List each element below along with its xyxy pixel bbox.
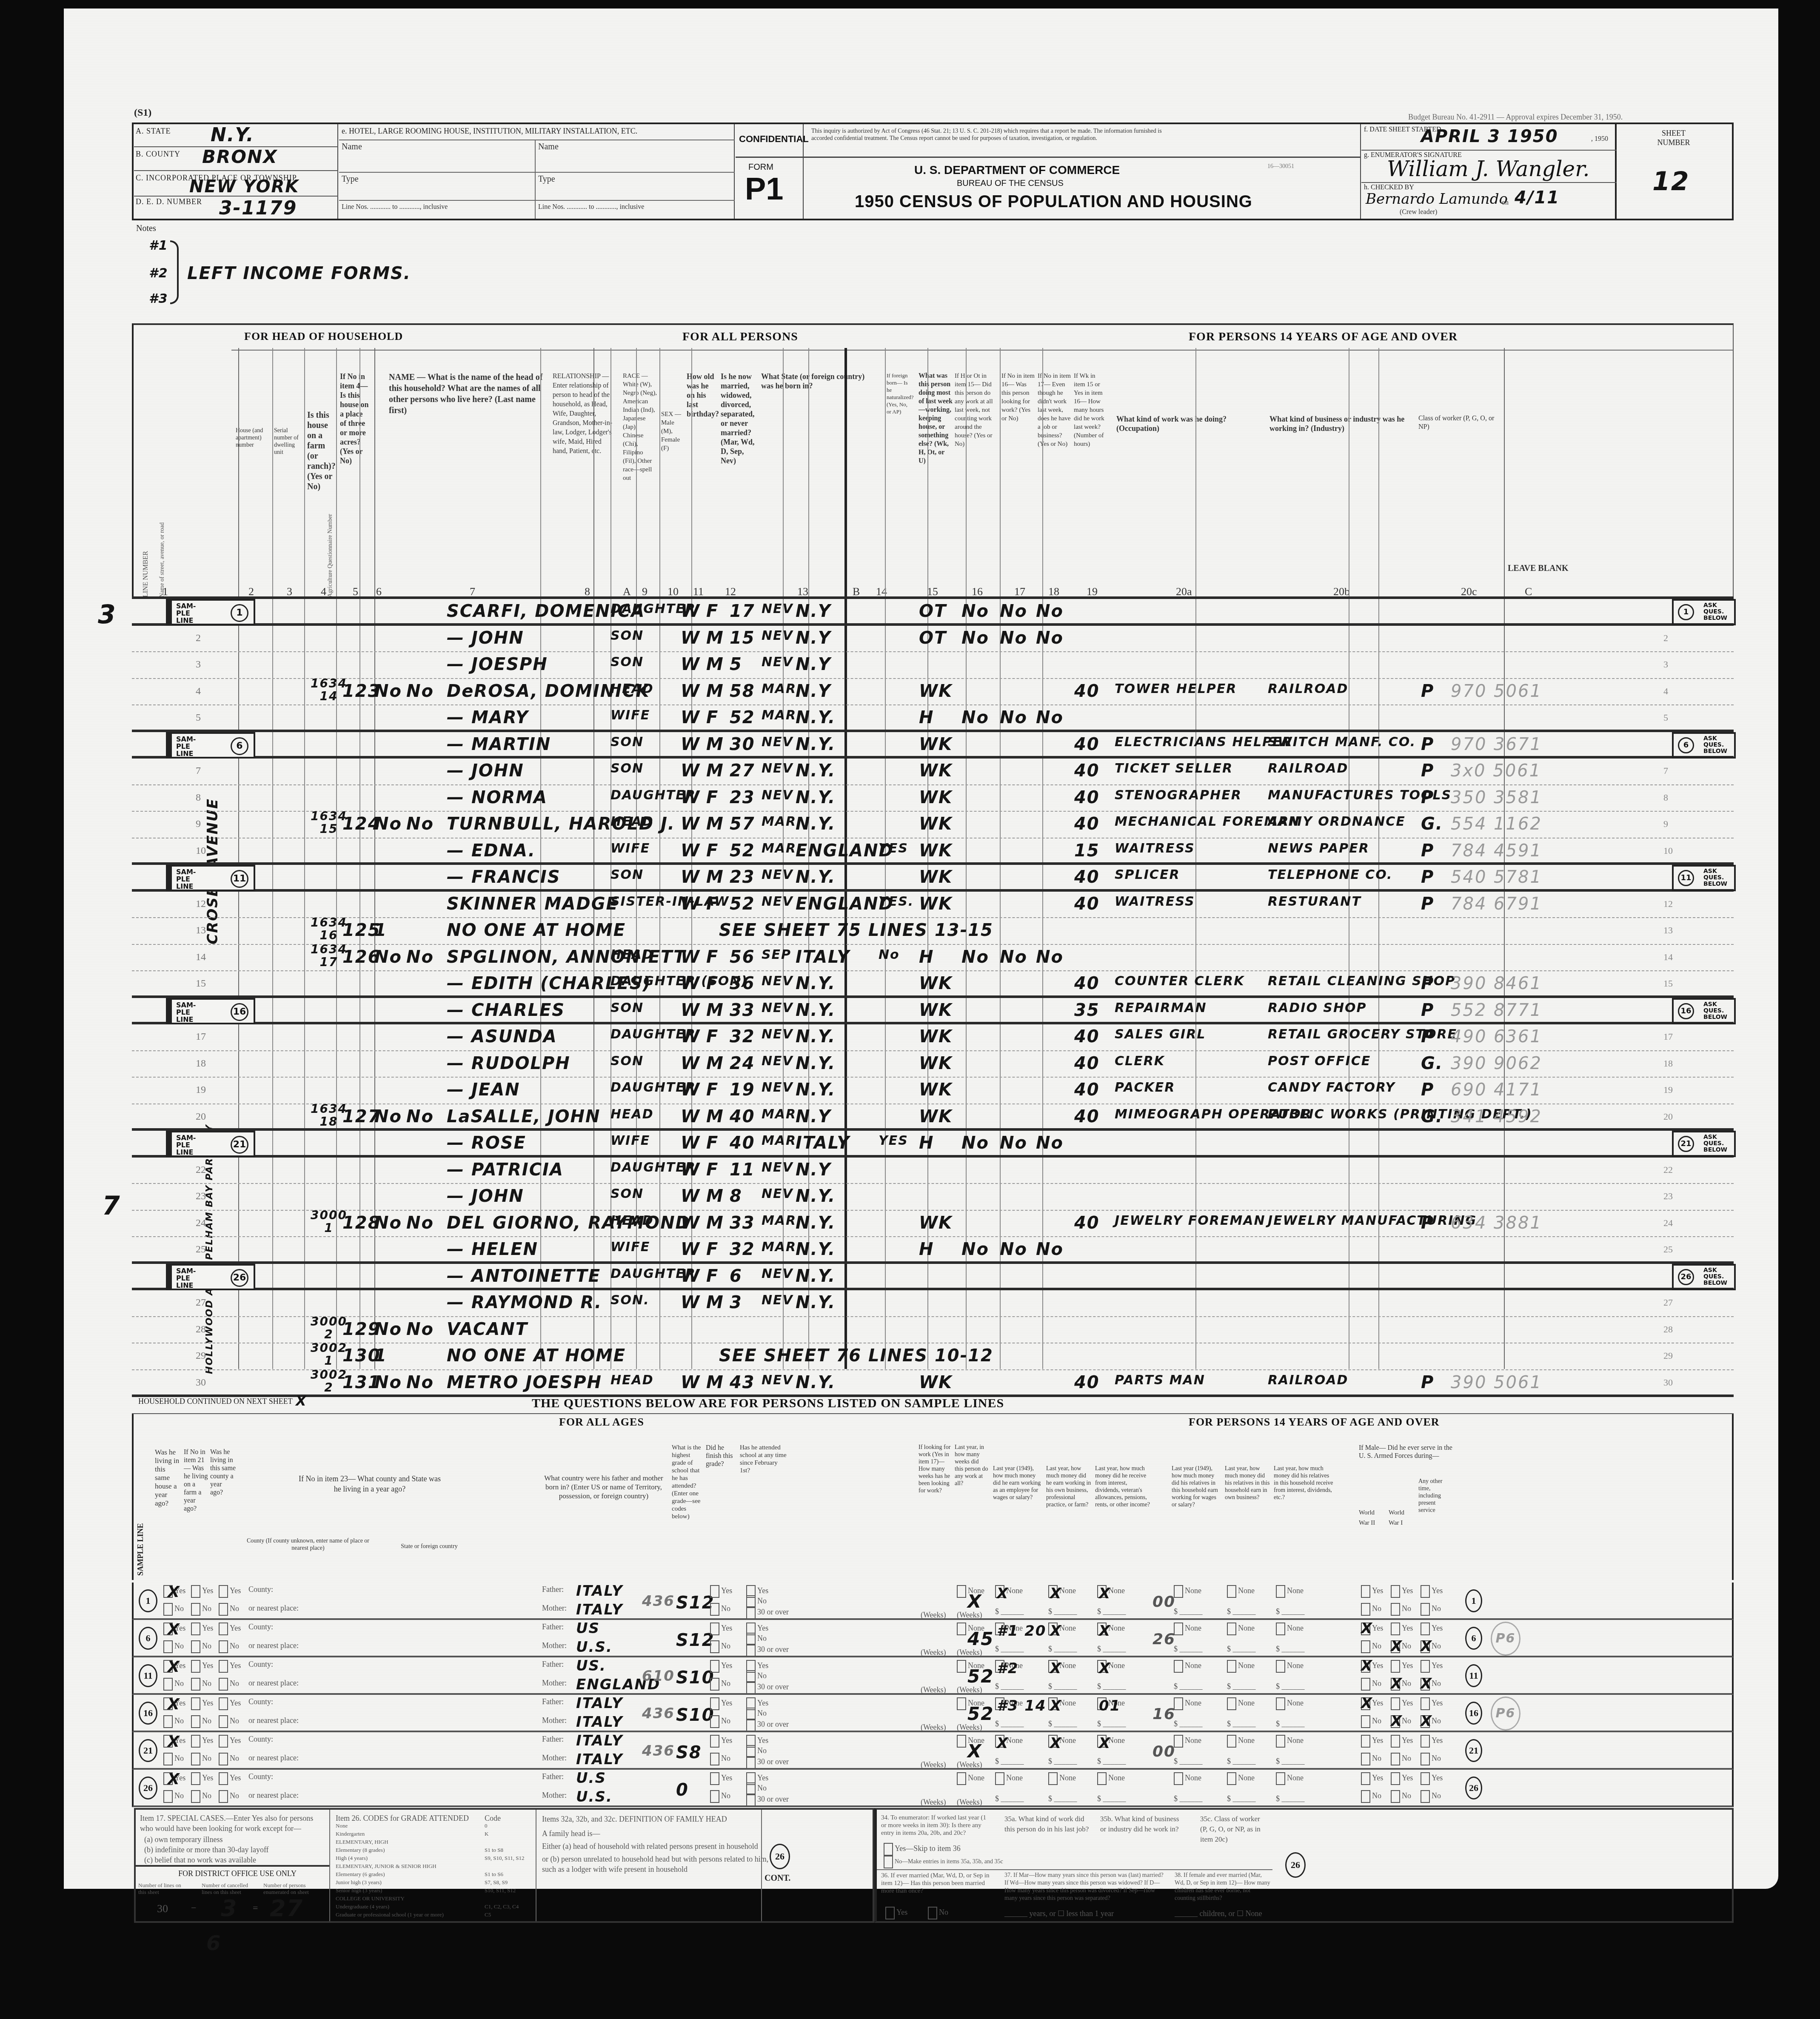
cell-sex[interactable]: M	[706, 682, 724, 701]
cell-q16[interactable]: No	[961, 1133, 989, 1153]
cell-hours[interactable]: 40	[1074, 867, 1100, 887]
q22-yes-checkbox[interactable]: Yes	[191, 1623, 213, 1635]
cell-name[interactable]: — MARY	[447, 708, 529, 727]
cell-marital[interactable]: NEV	[762, 1186, 793, 1201]
cell-q17[interactable]: No	[1000, 947, 1027, 967]
income-31b-amount[interactable]: $ ______	[1048, 1794, 1077, 1803]
cell-occupation[interactable]: TICKET SELLER	[1115, 761, 1233, 776]
cell-class[interactable]: P	[1421, 735, 1434, 754]
cell-occupation[interactable]: REPAIRMAN	[1115, 1001, 1207, 1015]
cell-birthplace[interactable]: ITALY	[796, 947, 850, 967]
q21-no-checkbox[interactable]: No	[163, 1603, 184, 1616]
question-38-answer[interactable]: ______ children, or ☐ None	[1175, 1908, 1262, 1919]
cell-birthplace[interactable]: N.Y.	[796, 1240, 836, 1259]
cell-birthplace[interactable]: N.Y.	[796, 1027, 836, 1047]
father-birthplace[interactable]: ITALY	[576, 1583, 623, 1600]
income-31c-amount[interactable]: $ ______	[1097, 1682, 1126, 1691]
cell-hours[interactable]: 35	[1074, 1001, 1100, 1020]
cell-age[interactable]: 6	[730, 1266, 742, 1286]
weeks-worked[interactable]: X	[967, 1591, 982, 1612]
ww2-yes-checkbox[interactable]: Yes	[1361, 1735, 1383, 1748]
cell-race[interactable]: W	[681, 1054, 700, 1073]
cell-nat[interactable]: No	[879, 947, 900, 962]
q23-no-checkbox[interactable]: No	[219, 1640, 239, 1653]
cell-q18[interactable]: No	[1036, 1240, 1064, 1259]
q27-yes-checkbox[interactable]: Yes	[710, 1772, 732, 1785]
cell-race[interactable]: W	[681, 894, 700, 914]
cell-age[interactable]: 33	[730, 1213, 755, 1233]
income-32c-amount[interactable]: $ ______	[1276, 1794, 1305, 1803]
cell-house[interactable]: 163415	[311, 810, 347, 836]
cell-marital[interactable]: NEV	[762, 1001, 793, 1015]
income-32c-amount[interactable]: $ ______	[1276, 1682, 1305, 1691]
income-32b-none-checkbox[interactable]: None	[1227, 1772, 1255, 1785]
cell-activity[interactable]: H	[919, 947, 934, 967]
q28-30-or-over-checkbox[interactable]: 30 or over	[746, 1681, 789, 1694]
income-32a-amount[interactable]: $ ______	[1174, 1720, 1203, 1728]
cell-farm[interactable]: No	[374, 814, 402, 834]
cell-birthplace[interactable]: N.Y.	[796, 1001, 836, 1020]
cell-acres[interactable]: No	[406, 1213, 434, 1233]
cell-acres[interactable]: No	[406, 1320, 434, 1339]
highest-grade[interactable]: S10	[676, 1668, 714, 1688]
cell-birthplace[interactable]: N.Y.	[796, 708, 836, 727]
cell-name[interactable]: SKINNER MADGE	[447, 894, 619, 914]
income-32c-amount[interactable]: $ ______	[1276, 1757, 1305, 1766]
cell-activity[interactable]: WK	[919, 867, 953, 887]
cell-race[interactable]: W	[681, 602, 700, 621]
ww1-no-checkbox[interactable]: No	[1391, 1603, 1411, 1616]
ww2-no-checkbox[interactable]: No	[1361, 1640, 1381, 1653]
cell-activity[interactable]: H	[919, 708, 934, 727]
cell-marital[interactable]: NEV	[762, 1080, 793, 1095]
income-32c-none-checkbox[interactable]: None	[1276, 1585, 1304, 1598]
question-34-no[interactable]: No—Make entries in items 35a, 35b, and 3…	[884, 1856, 1003, 1868]
cell-birthplace[interactable]: N.Y.	[796, 761, 836, 781]
cell-rel[interactable]: SON	[610, 1186, 644, 1201]
q23-no-checkbox[interactable]: No	[219, 1603, 239, 1616]
cell-house[interactable]: 163414	[311, 677, 347, 703]
cell-acres[interactable]: No	[406, 682, 434, 701]
cell-activity[interactable]: OT	[919, 628, 947, 648]
cell-name[interactable]: NO ONE AT HOME	[447, 921, 626, 940]
mother-birthplace[interactable]: U.S.	[576, 1788, 613, 1805]
cell-activity[interactable]: WK	[919, 1027, 953, 1047]
income-32c-none-checkbox[interactable]: None	[1276, 1735, 1304, 1748]
other-no-checkbox[interactable]: No	[1421, 1790, 1441, 1803]
cell-farm[interactable]: 1	[374, 921, 387, 940]
cell-rel[interactable]: WIFE	[610, 1240, 650, 1255]
cell-occupation[interactable]: PARTS MAN	[1115, 1373, 1205, 1388]
cell-race[interactable]: W	[681, 1107, 700, 1126]
cell-occupation[interactable]: STENOGRAPHER	[1115, 788, 1242, 803]
income-32b-amount[interactable]: $ ______	[1227, 1645, 1256, 1654]
cell-sex[interactable]: F	[706, 1240, 719, 1259]
q27-yes-checkbox[interactable]: Yes	[710, 1735, 732, 1748]
cell-age[interactable]: 40	[730, 1107, 755, 1126]
income-32b-none-checkbox[interactable]: None	[1227, 1735, 1255, 1748]
income-32a-none-checkbox[interactable]: None	[1174, 1623, 1201, 1635]
cell-class[interactable]: P	[1421, 1001, 1434, 1020]
cell-class[interactable]: P	[1421, 761, 1434, 781]
income-32b-none-checkbox[interactable]: None	[1227, 1585, 1255, 1598]
cell-birthplace[interactable]: N.Y	[796, 655, 831, 674]
cell-marital[interactable]: MAR	[762, 682, 796, 696]
cell-q18[interactable]: No	[1036, 628, 1064, 648]
cell-hours[interactable]: 40	[1074, 682, 1100, 701]
q22-yes-checkbox[interactable]: Yes	[191, 1660, 213, 1673]
cell-rel[interactable]: SON	[610, 735, 644, 750]
q22-no-checkbox[interactable]: No	[191, 1640, 211, 1653]
q28-30-or-over-checkbox[interactable]: 30 or over	[746, 1644, 789, 1657]
cell-name[interactable]: — ANTOINETTE	[447, 1266, 601, 1286]
cell-hours[interactable]: 40	[1074, 1213, 1100, 1233]
cell-class[interactable]: P	[1421, 682, 1434, 701]
cell-industry[interactable]: RADIO SHOP	[1268, 1001, 1367, 1015]
cell-sex[interactable]: F	[706, 1027, 719, 1047]
cell-hours[interactable]: 40	[1074, 894, 1100, 914]
cell-race[interactable]: W	[681, 682, 700, 701]
ww2-yes-checkbox[interactable]: Yes	[1361, 1772, 1383, 1785]
cell-name[interactable]: — NORMA	[447, 788, 548, 807]
highest-grade[interactable]: S10	[676, 1705, 714, 1725]
cell-occupation[interactable]: SPLICER	[1115, 867, 1180, 882]
cell-marital[interactable]: NEV	[762, 1027, 793, 1042]
q23-yes-checkbox[interactable]: Yes	[219, 1772, 241, 1785]
income-31c-amount[interactable]: $ ______	[1097, 1720, 1126, 1728]
father-birthplace[interactable]: ITALY	[576, 1695, 623, 1712]
income-32b-amount[interactable]: $ ______	[1227, 1757, 1256, 1766]
income-31b-amount[interactable]: $ ______	[1048, 1607, 1077, 1616]
cell-activity[interactable]: WK	[919, 1054, 953, 1073]
q21-no-checkbox[interactable]: No	[163, 1790, 184, 1803]
question-36-no[interactable]: No	[928, 1907, 948, 1919]
cell-marital[interactable]: NEV	[762, 974, 793, 989]
cell-race[interactable]: W	[681, 708, 700, 727]
q27-yes-checkbox[interactable]: Yes	[710, 1623, 732, 1635]
q22-no-checkbox[interactable]: No	[191, 1603, 211, 1616]
q22-no-checkbox[interactable]: No	[191, 1790, 211, 1803]
q21-no-checkbox[interactable]: No	[163, 1715, 184, 1728]
q22-no-checkbox[interactable]: No	[191, 1753, 211, 1765]
cell-race[interactable]: W	[681, 628, 700, 648]
q23-no-checkbox[interactable]: No	[219, 1753, 239, 1765]
cell-occupation[interactable]: WAITRESS	[1115, 841, 1195, 856]
cell-q16[interactable]: No	[961, 602, 989, 621]
ww1-yes-checkbox[interactable]: Yes	[1391, 1623, 1413, 1635]
income-32b-none-checkbox[interactable]: None	[1227, 1697, 1255, 1710]
income-32b-amount[interactable]: $ ______	[1227, 1607, 1256, 1616]
cell-activity[interactable]: WK	[919, 894, 953, 914]
mother-birthplace[interactable]: U.S.	[576, 1639, 613, 1656]
income-32a-none-checkbox[interactable]: None	[1174, 1585, 1201, 1598]
income-32c-amount[interactable]: $ ______	[1276, 1720, 1305, 1728]
cell-birthplace[interactable]: N.Y.	[796, 1080, 836, 1100]
cell-industry[interactable]: RAILROAD	[1268, 682, 1348, 696]
cell-rel[interactable]: SON.	[610, 1293, 650, 1308]
cell-sex[interactable]: F	[706, 894, 719, 914]
cell-activity[interactable]: WK	[919, 1107, 953, 1126]
cell-acres[interactable]: No	[406, 947, 434, 967]
q28-30-or-over-checkbox[interactable]: 30 or over	[746, 1719, 789, 1731]
cell-sex[interactable]: M	[706, 867, 724, 887]
income-31b-amount[interactable]: $ ______	[1048, 1682, 1077, 1691]
cell-name[interactable]: DEL GIORNO, RAYMOND	[447, 1213, 690, 1233]
other-yes-checkbox[interactable]: Yes	[1421, 1623, 1443, 1635]
cell-q16[interactable]: No	[961, 1240, 989, 1259]
cell-house[interactable]: 30002	[311, 1315, 347, 1341]
q30-none-checkbox[interactable]: None	[957, 1772, 984, 1785]
cell-rel[interactable]: HEAD	[610, 1373, 654, 1388]
cell-race[interactable]: W	[681, 1213, 700, 1233]
cell-name[interactable]: — RAYMOND R.	[447, 1293, 602, 1312]
income-31c-amount[interactable]: $ ______	[1097, 1645, 1126, 1654]
cell-race[interactable]: W	[681, 1080, 700, 1100]
cell-q16[interactable]: No	[961, 708, 989, 727]
cell-hours[interactable]: 40	[1074, 1054, 1100, 1073]
income-31c-none-checkbox[interactable]: None	[1097, 1772, 1125, 1785]
cell-activity[interactable]: WK	[919, 1001, 953, 1020]
weeks-worked[interactable]: 52	[967, 1666, 994, 1687]
cell-sex[interactable]: F	[706, 1266, 719, 1286]
cell-house[interactable]: 30022	[311, 1369, 347, 1394]
cell-marital[interactable]: NEV	[762, 867, 793, 882]
cell-marital[interactable]: MAR	[762, 1107, 796, 1122]
cell-hours[interactable]: 40	[1074, 1373, 1100, 1392]
cell-birthplace[interactable]: ITALY	[796, 1133, 850, 1153]
cell-name[interactable]: — MARTIN	[447, 735, 551, 754]
cell-birthplace[interactable]: N.Y.	[796, 1186, 836, 1206]
cell-birthplace[interactable]: N.Y.	[796, 814, 836, 834]
cell-age[interactable]: 43	[730, 1373, 755, 1392]
cell-occupation[interactable]: JEWELRY FOREMAN	[1115, 1213, 1266, 1228]
ww1-yes-checkbox[interactable]: Yes	[1391, 1772, 1413, 1785]
cell-class[interactable]: G.	[1421, 1054, 1443, 1073]
cell-marital[interactable]: NEV	[762, 602, 793, 616]
cell-marital[interactable]: NEV	[762, 894, 793, 909]
income-31a-amount[interactable]: $ ______	[995, 1720, 1024, 1728]
income-32c-none-checkbox[interactable]: None	[1276, 1772, 1304, 1785]
q22-no-checkbox[interactable]: No	[191, 1715, 211, 1728]
ww1-no-checkbox[interactable]: No	[1391, 1753, 1411, 1765]
cell-farm[interactable]: No	[374, 1373, 402, 1392]
cell-house[interactable]: 163417	[311, 943, 347, 969]
income-32a-amount[interactable]: $ ______	[1174, 1645, 1203, 1654]
cell-race[interactable]: W	[681, 1293, 700, 1312]
cell-birthplace[interactable]: N.Y.	[796, 735, 836, 754]
cell-house[interactable]: 30021	[311, 1342, 347, 1367]
cell-activity[interactable]: WK	[919, 814, 953, 834]
income-32b-none-checkbox[interactable]: None	[1227, 1623, 1255, 1635]
cell-activity[interactable]: WK	[919, 841, 953, 861]
cell-farm[interactable]: No	[374, 947, 402, 967]
cell-marital[interactable]: NEV	[762, 735, 793, 750]
cell-sex[interactable]: M	[706, 1186, 724, 1206]
cell-race[interactable]: W	[681, 1027, 700, 1047]
weeks-worked[interactable]: 45	[967, 1628, 994, 1650]
other-no-checkbox[interactable]: No	[1421, 1753, 1441, 1765]
cell-race[interactable]: W	[681, 947, 700, 967]
cell-birthplace[interactable]: N.Y.	[796, 867, 836, 887]
q23-no-checkbox[interactable]: No	[219, 1678, 239, 1691]
cell-name[interactable]: — JOHN	[447, 628, 524, 648]
cell-activity[interactable]: H	[919, 1240, 934, 1259]
cell-rel[interactable]: WIFE	[610, 708, 650, 723]
cell-class[interactable]: P	[1421, 841, 1434, 861]
cell-industry[interactable]: NEWS PAPER	[1268, 841, 1369, 856]
cell-hours[interactable]: 15	[1074, 841, 1100, 861]
cell-activity[interactable]: WK	[919, 735, 953, 754]
cell-age[interactable]: 23	[730, 867, 755, 887]
cell-name[interactable]: LaSALLE, JOHN	[447, 1107, 601, 1126]
q23-yes-checkbox[interactable]: Yes	[219, 1585, 241, 1598]
cell-rel[interactable]: SON	[610, 1054, 644, 1069]
cell-sex[interactable]: M	[706, 735, 724, 754]
cell-acres[interactable]: No	[406, 814, 434, 834]
mother-birthplace[interactable]: ITALY	[576, 1714, 623, 1731]
question-34-yes[interactable]: Yes—Skip to item 36	[884, 1843, 961, 1856]
cell-class[interactable]: P	[1421, 1027, 1434, 1047]
q28-30-or-over-checkbox[interactable]: 30 or over	[746, 1794, 789, 1806]
q21-no-checkbox[interactable]: No	[163, 1678, 184, 1691]
cell-birthplace[interactable]: N.Y	[796, 1160, 831, 1180]
weeks-worked[interactable]: X	[967, 1741, 982, 1762]
cell-birthplace[interactable]: N.Y.	[796, 788, 836, 807]
cell-sex[interactable]: M	[706, 1213, 724, 1233]
cell-class[interactable]: P	[1421, 1213, 1434, 1233]
cell-acres[interactable]: No	[406, 1373, 434, 1392]
cell-age[interactable]: 8	[730, 1186, 742, 1206]
cell-sex[interactable]: F	[706, 974, 719, 993]
cell-rel[interactable]: SON	[610, 761, 644, 776]
cell-sex[interactable]: M	[706, 1001, 724, 1020]
q27-no-checkbox[interactable]: No	[710, 1715, 730, 1728]
cell-sex[interactable]: M	[706, 761, 724, 781]
cell-name[interactable]: — EDNA.	[447, 841, 536, 861]
cell-activity[interactable]: WK	[919, 974, 953, 993]
cell-name[interactable]: — JOESPH	[447, 655, 548, 674]
cell-age[interactable]: 24	[730, 1054, 755, 1073]
cell-farm[interactable]: No	[374, 1107, 402, 1126]
q23-yes-checkbox[interactable]: Yes	[219, 1623, 241, 1635]
other-no-checkbox[interactable]: No	[1421, 1603, 1441, 1616]
cell-marital[interactable]: NEV	[762, 1054, 793, 1069]
cell-rel[interactable]: HEAD	[610, 814, 654, 829]
cell-rel[interactable]: HEAD	[610, 947, 654, 962]
ww1-yes-checkbox[interactable]: Yes	[1391, 1660, 1413, 1673]
cell-sex[interactable]: M	[706, 655, 724, 674]
q23-yes-checkbox[interactable]: Yes	[219, 1735, 241, 1748]
cell-age[interactable]: 33	[730, 1001, 755, 1020]
cell-industry[interactable]: ARMY ORDNANCE	[1268, 814, 1406, 829]
cell-age[interactable]: 17	[730, 602, 755, 621]
income-32a-amount[interactable]: $ ______	[1174, 1607, 1203, 1616]
ww1-yes-checkbox[interactable]: Yes	[1391, 1735, 1413, 1748]
cell-age[interactable]: 52	[730, 894, 755, 914]
cell-name[interactable]: — HELEN	[447, 1240, 538, 1259]
cell-occupation[interactable]: ELECTRICIANS HELPER	[1115, 735, 1293, 750]
cell-name[interactable]: — CHARLES	[447, 1001, 565, 1020]
cell-name[interactable]: — PATRICIA	[447, 1160, 564, 1180]
ww2-no-checkbox[interactable]: No	[1361, 1790, 1381, 1803]
cell-farm[interactable]: No	[374, 1320, 402, 1339]
income-31a-amount[interactable]: $ ______	[995, 1794, 1024, 1803]
cell-birthplace[interactable]: N.Y.	[796, 1266, 836, 1286]
cell-hours[interactable]: 40	[1074, 761, 1100, 781]
q27-no-checkbox[interactable]: No	[710, 1603, 730, 1616]
cell-marital[interactable]: NEV	[762, 761, 793, 776]
cell-house[interactable]: 30001	[311, 1209, 347, 1235]
cell-class[interactable]: P	[1421, 867, 1434, 887]
income-32c-none-checkbox[interactable]: None	[1276, 1697, 1304, 1710]
other-yes-checkbox[interactable]: Yes	[1421, 1585, 1443, 1598]
cell-occupation[interactable]: SALES GIRL	[1115, 1027, 1206, 1042]
highest-grade[interactable]: S12	[676, 1593, 714, 1613]
cell-marital[interactable]: MAR	[762, 814, 796, 829]
cell-birthplace[interactable]: N.Y.	[796, 974, 836, 993]
income-32a-none-checkbox[interactable]: None	[1174, 1697, 1201, 1710]
cell-q18[interactable]: No	[1036, 1133, 1064, 1153]
cell-age[interactable]: 52	[730, 708, 755, 727]
cell-age[interactable]: 3	[730, 1293, 742, 1312]
cell-name[interactable]: — ROSE	[447, 1133, 526, 1153]
cell-class[interactable]: P	[1421, 788, 1434, 807]
cell-sex[interactable]: M	[706, 1293, 724, 1312]
cell-rel[interactable]: WIFE	[610, 1133, 650, 1148]
income-31a-amount[interactable]: $ ______	[995, 1645, 1024, 1654]
cell-age[interactable]: 30	[730, 735, 755, 754]
income-31c-amount[interactable]: $ ______	[1097, 1607, 1126, 1616]
cell-age[interactable]: 58	[730, 682, 755, 701]
q22-yes-checkbox[interactable]: Yes	[191, 1772, 213, 1785]
income-32a-none-checkbox[interactable]: None	[1174, 1772, 1201, 1785]
cell-q16[interactable]: No	[961, 628, 989, 648]
income-32c-none-checkbox[interactable]: None	[1276, 1660, 1304, 1673]
question-37-answer[interactable]: ______ years, or ☐ less than 1 year	[1004, 1908, 1114, 1919]
cell-industry[interactable]: POST OFFICE	[1268, 1054, 1371, 1069]
cell-class[interactable]: P	[1421, 974, 1434, 993]
income-32b-amount[interactable]: $ ______	[1227, 1720, 1256, 1728]
cell-race[interactable]: W	[681, 1373, 700, 1392]
ww2-no-checkbox[interactable]: No	[1361, 1603, 1381, 1616]
cell-q18[interactable]: No	[1036, 602, 1064, 621]
cell-nat[interactable]: YES	[879, 1133, 908, 1148]
cell-nat[interactable]: YES.	[879, 894, 914, 909]
continued-mark[interactable]: X	[296, 1393, 307, 1409]
other-yes-checkbox[interactable]: Yes	[1421, 1697, 1443, 1710]
cell-marital[interactable]: NEV	[762, 628, 793, 643]
cell-name[interactable]: — RUDOLPH	[447, 1054, 571, 1073]
income-32a-amount[interactable]: $ ______	[1174, 1682, 1203, 1691]
income-32b-none-checkbox[interactable]: None	[1227, 1660, 1255, 1673]
income-32a-none-checkbox[interactable]: None	[1174, 1735, 1201, 1748]
q22-no-checkbox[interactable]: No	[191, 1678, 211, 1691]
cell-sex[interactable]: F	[706, 1160, 719, 1180]
father-birthplace[interactable]: ITALY	[576, 1732, 623, 1749]
cell-nat[interactable]: YES	[879, 841, 908, 856]
q27-yes-checkbox[interactable]: Yes	[710, 1585, 732, 1598]
cell-sex[interactable]: F	[706, 1133, 719, 1153]
cell-marital[interactable]: MAR	[762, 1133, 796, 1148]
cell-age[interactable]: 40	[730, 1133, 755, 1153]
cell-race[interactable]: W	[681, 655, 700, 674]
cell-race[interactable]: W	[681, 867, 700, 887]
cell-activity[interactable]: WK	[919, 788, 953, 807]
q21-no-checkbox[interactable]: No	[163, 1640, 184, 1653]
cell-race[interactable]: W	[681, 841, 700, 861]
cell-sex[interactable]: M	[706, 1373, 724, 1392]
cell-sex[interactable]: F	[706, 602, 719, 621]
